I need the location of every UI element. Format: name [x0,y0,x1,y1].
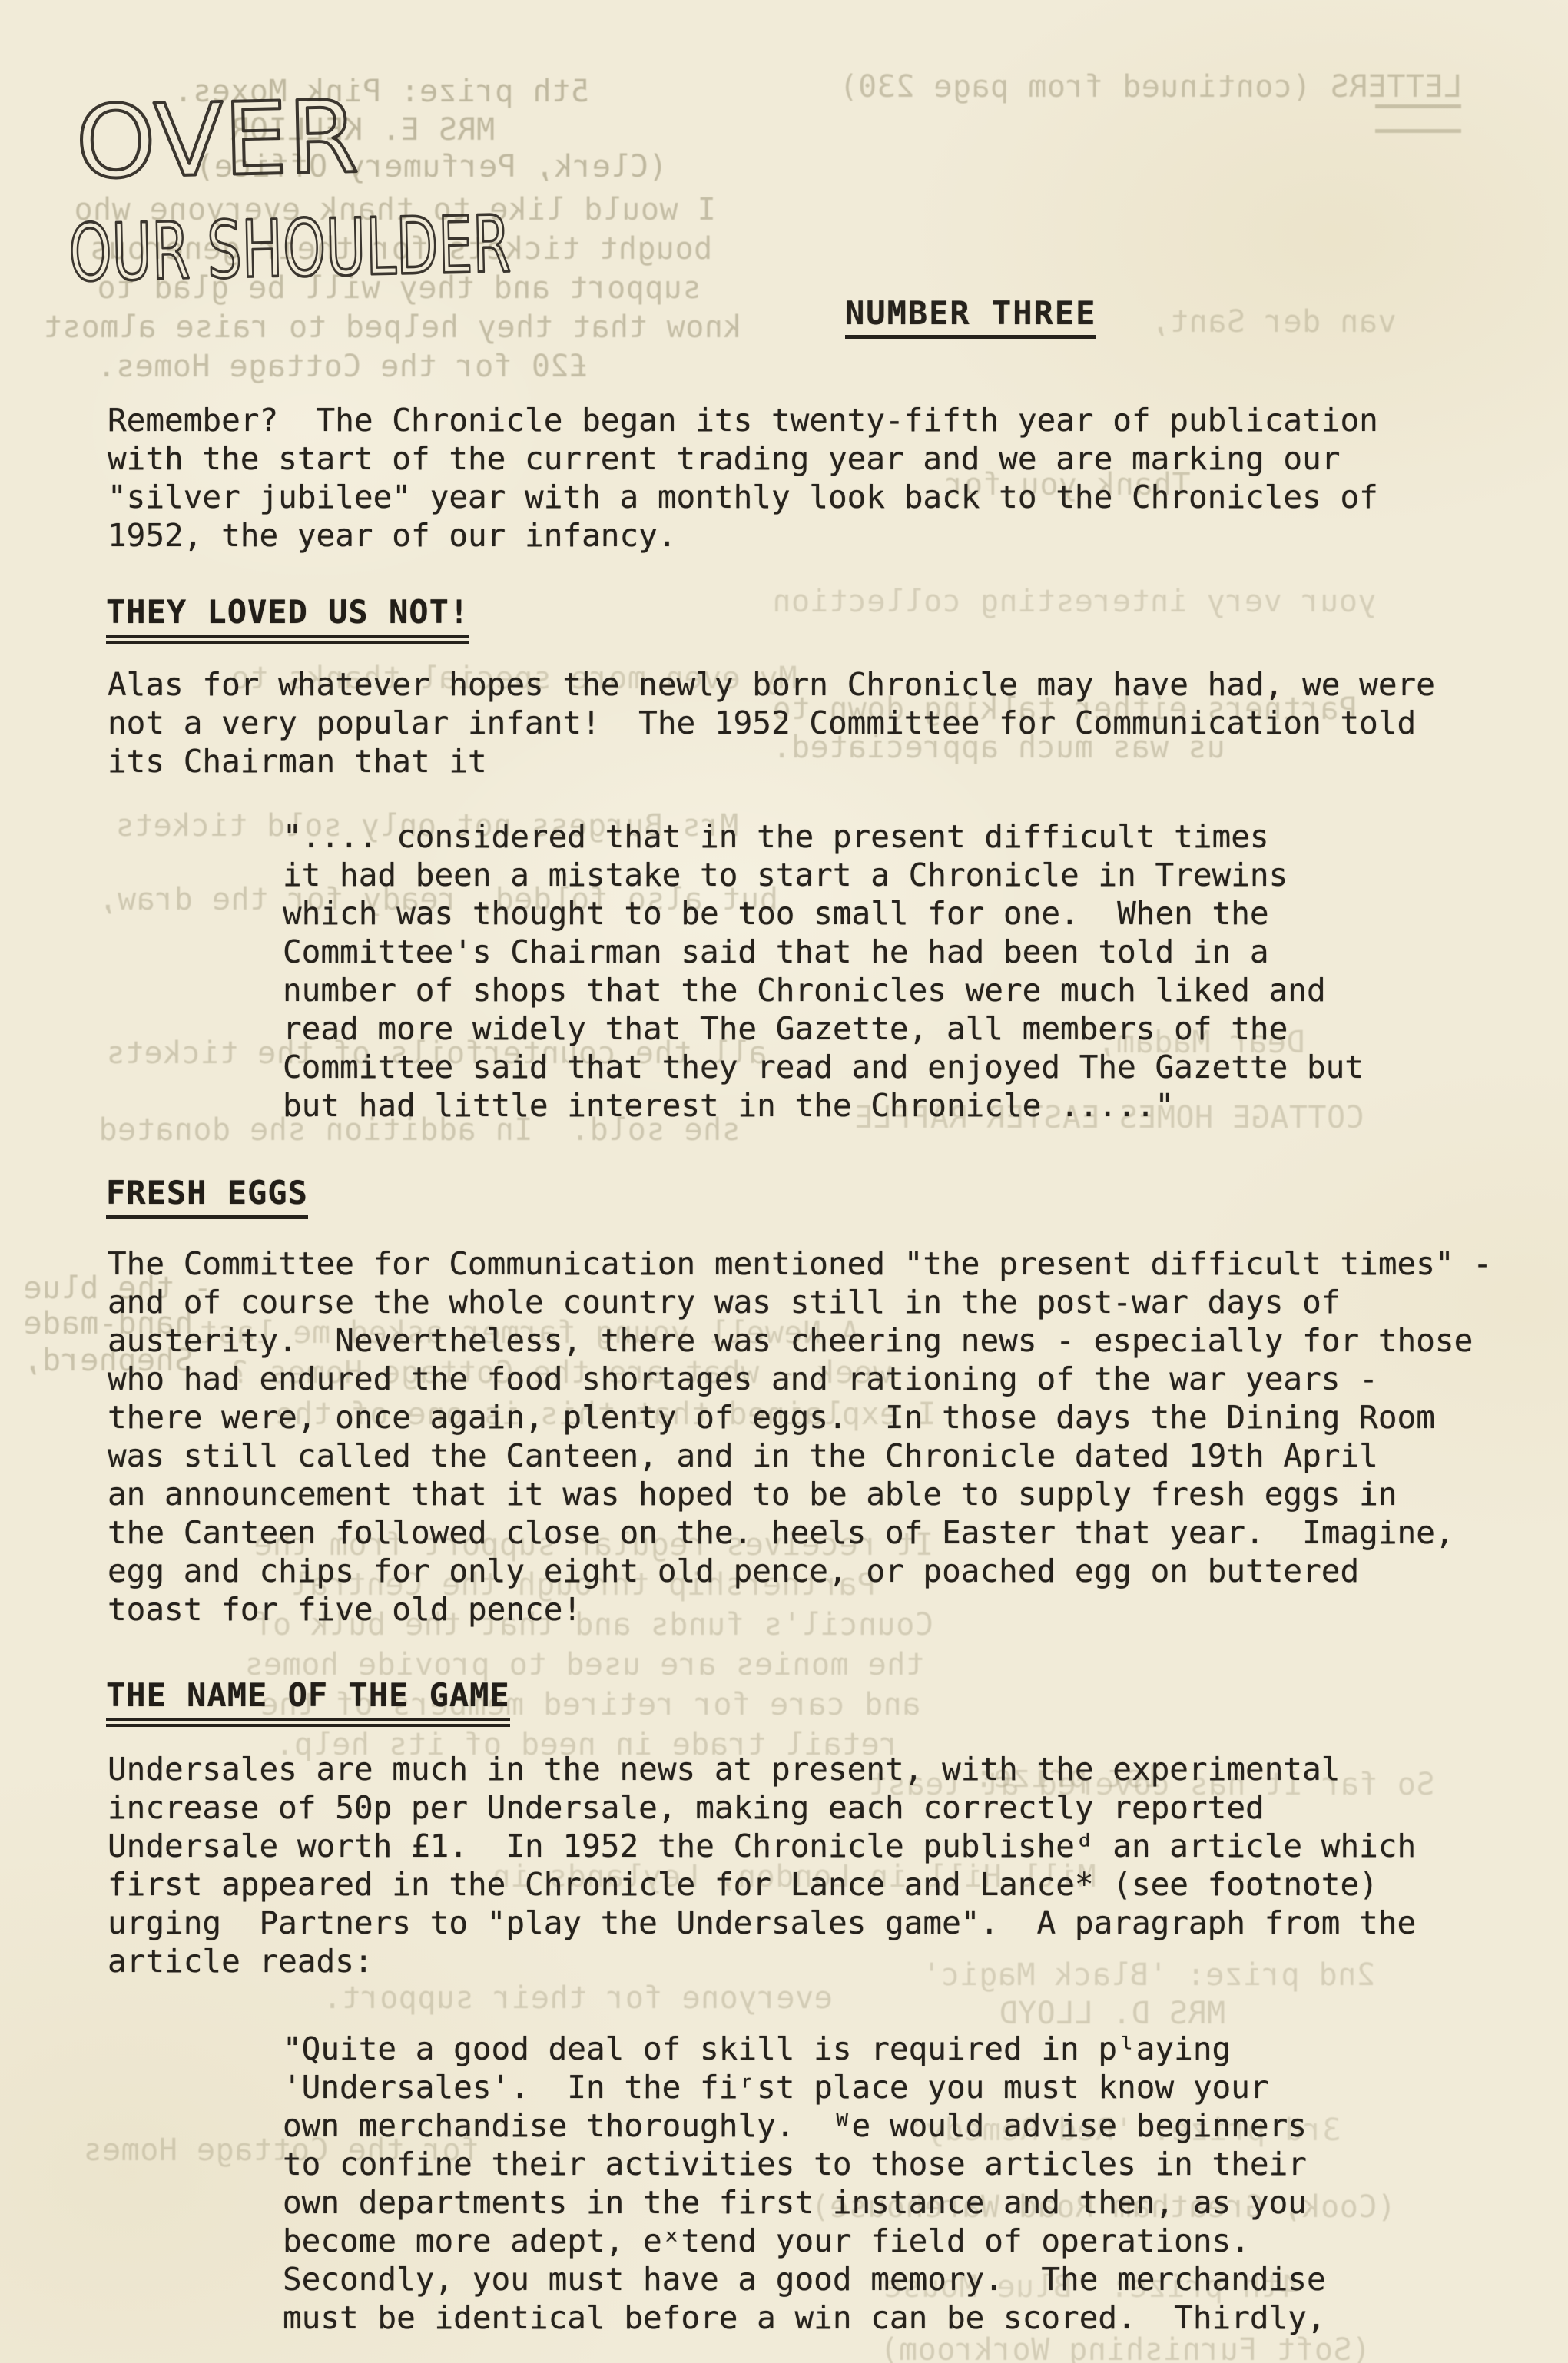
bleedthrough-text: £20 for the Cottage Homes. [97,349,588,384]
undersales-quote-block: "Quite a good deal of skill is required … [283,2030,1326,2337]
bleedthrough-text: your very interesting collection [772,584,1377,619]
masthead-line1: OVER [75,78,360,201]
name-of-the-game-paragraph: Undersales are much in the news at prese… [108,1750,1416,1980]
section-heading-fresh-eggs: FRESH EGGS [106,1174,308,1219]
scanned-newsletter-page: LETTERS (continued from page 230) 5th pr… [0,0,1568,2363]
bleedthrough-text: van der Sant, [1151,304,1397,340]
issue-number: NUMBER THREE [845,294,1096,339]
bleedthrough-text: MRS D. LLOYD [999,1996,1225,2031]
bleedthrough-underline [1375,129,1461,133]
committee-quote-block: ".... considered that in the present dif… [283,817,1364,1125]
section-heading-name-of-the-game: THE NAME OF THE GAME [106,1676,510,1727]
intro-paragraph: Remember? The Chronicle began its twenty… [108,401,1378,555]
bleedthrough-text: know that they helped to raise almost [43,310,742,345]
bleedthrough-underline [1375,104,1461,108]
section-heading-they-loved-us-not: THEY LOVED US NOT! [106,593,469,644]
fresh-eggs-paragraph: The Committee for Communication mentione… [108,1244,1492,1629]
bleedthrough-text: (Soft Furnishing Workroom) [880,2332,1371,2363]
masthead-title: OVER OUR SHOULDER [62,76,589,302]
they-loved-us-not-paragraph: Alas for whatever hopes the newly born C… [108,665,1435,780]
bleedthrough-text: LETTERS (continued from page 230) [839,69,1462,104]
masthead-line2: OUR SHOULDER [68,199,511,300]
bleedthrough-text: everyone for their support. [323,1980,833,2016]
